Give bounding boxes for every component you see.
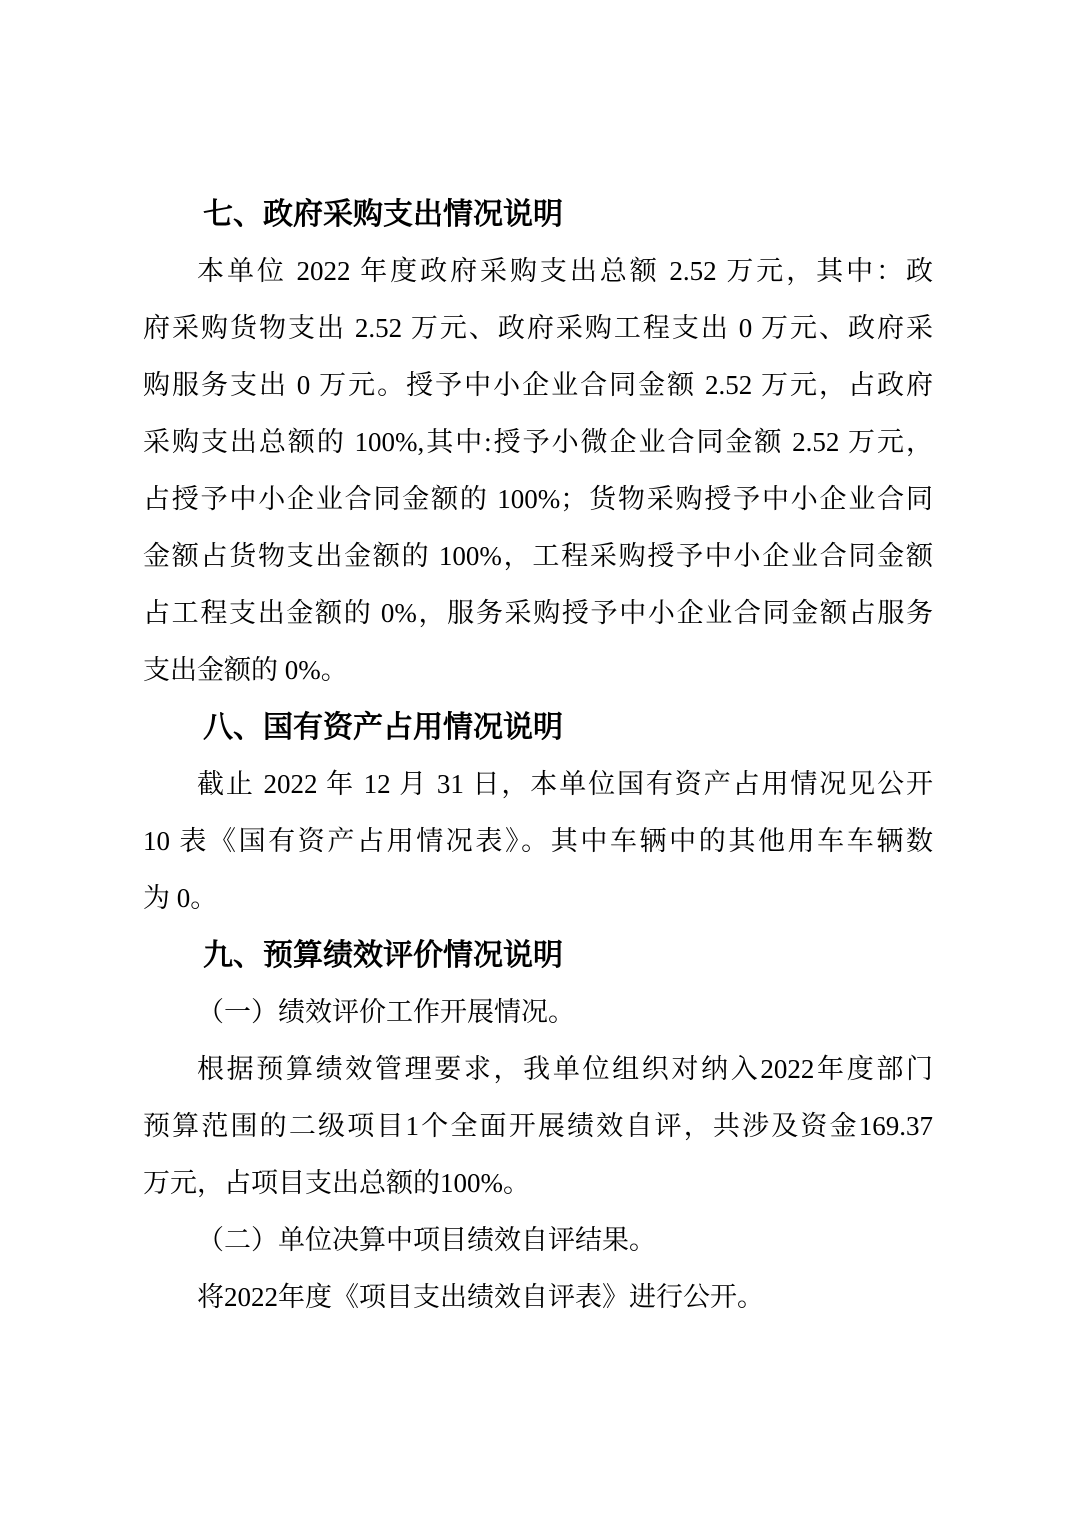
body-line: 金额占货物支出金额的 100%，工程采购授予中小企业合同金额 (143, 528, 933, 585)
body-line: 占授予中小企业合同金额的 100%；货物采购授予中小企业合同 (143, 471, 933, 528)
body-line: 购服务支出 0 万元。授予中小企业合同金额 2.52 万元，占政府 (143, 357, 933, 414)
document-content: 七、政府采购支出情况说明 本单位 2022 年度政府采购支出总额 2.52 万元… (143, 186, 933, 1326)
section-heading-performance-evaluation: 九、预算绩效评价情况说明 (143, 927, 933, 984)
body-line: 预算范围的二级项目1个全面开展绩效自评，共涉及资金169.37 (143, 1098, 933, 1155)
body-line: 采购支出总额的 100%,其中:授予小微企业合同金额 2.52 万元， (143, 414, 933, 471)
body-line: 截止 2022 年 12 月 31 日，本单位国有资产占用情况见公开 (143, 756, 933, 813)
subsection-line-2: （二）单位决算中项目绩效自评结果。 (143, 1212, 933, 1269)
body-line: 支出金额的 0%。 (143, 642, 933, 699)
body-line: 将2022年度《项目支出绩效自评表》进行公开。 (143, 1269, 933, 1326)
document-page: 七、政府采购支出情况说明 本单位 2022 年度政府采购支出总额 2.52 万元… (0, 0, 1074, 1520)
body-line: 10 表《国有资产占用情况表》。其中车辆中的其他用车车辆数 (143, 813, 933, 870)
body-line: 为 0。 (143, 870, 933, 927)
body-line: 万元，占项目支出总额的100%。 (143, 1155, 933, 1212)
section-heading-government-procurement: 七、政府采购支出情况说明 (143, 186, 933, 243)
body-line: 根据预算绩效管理要求，我单位组织对纳入2022年度部门 (143, 1041, 933, 1098)
body-line: 府采购货物支出 2.52 万元、政府采购工程支出 0 万元、政府采 (143, 300, 933, 357)
body-line: 占工程支出金额的 0%，服务采购授予中小企业合同金额占服务 (143, 585, 933, 642)
body-line: 本单位 2022 年度政府采购支出总额 2.52 万元，其中：政 (143, 243, 933, 300)
section-heading-state-assets: 八、国有资产占用情况说明 (143, 699, 933, 756)
subsection-line-1: （一）绩效评价工作开展情况。 (143, 984, 933, 1041)
